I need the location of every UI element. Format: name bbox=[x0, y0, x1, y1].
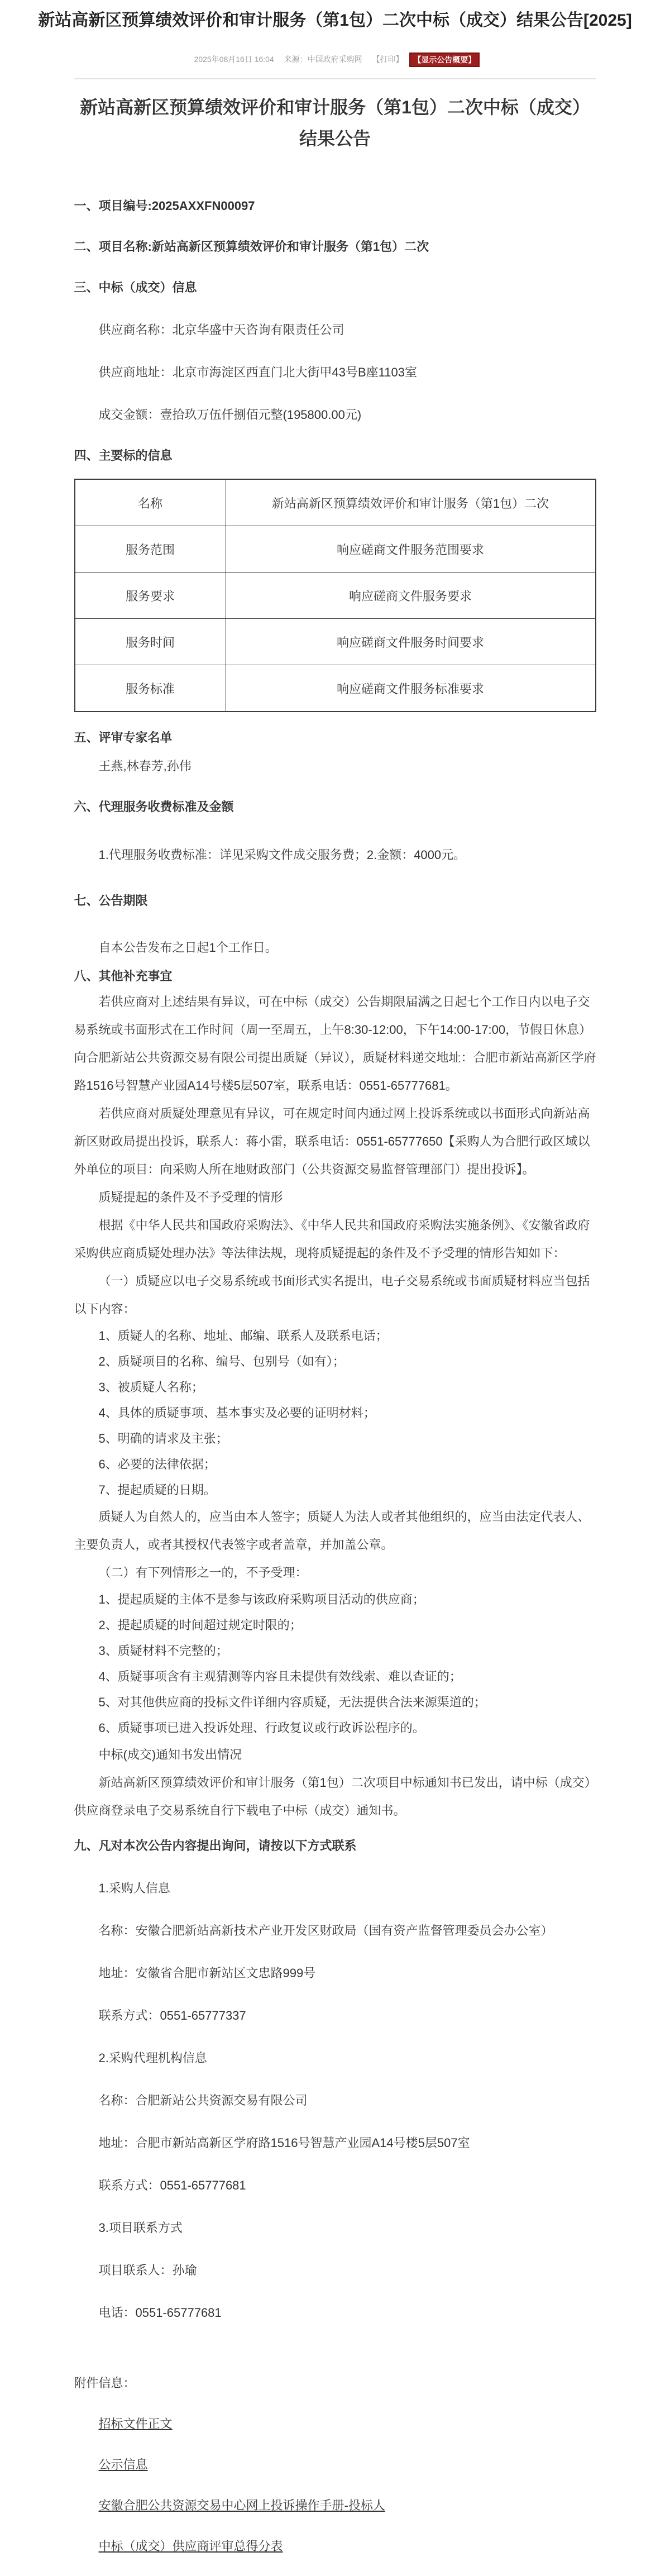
purchaser-address-line: 地址：安徽省合肥市新站区文忠路999号 bbox=[74, 1966, 596, 1981]
publish-datetime: 2025年08月16日 16:04 bbox=[194, 55, 274, 64]
contact-group-heading-agency: 2.采购代理机构信息 bbox=[74, 2051, 596, 2065]
table-row: 服务要求 响应磋商文件服务要求 bbox=[75, 573, 596, 619]
list-item: 3、被质疑人名称； bbox=[74, 1375, 596, 1400]
table-cell-value: 响应磋商文件服务标准要求 bbox=[226, 665, 595, 712]
table-cell-value: 响应磋商文件服务时间要求 bbox=[226, 619, 595, 665]
purchaser-phone-line: 联系方式：0551-65777337 bbox=[74, 2009, 596, 2023]
contact-group-heading-project: 3.项目联系方式 bbox=[74, 2221, 596, 2235]
bottom-padding bbox=[74, 2554, 596, 2576]
other-matters-body: 若供应商对上述结果有异议，可在中标（成交）公告期限届满之日起七个工作日内以电子交… bbox=[74, 988, 596, 1825]
table-cell-value: 响应磋商文件服务范围要求 bbox=[226, 526, 595, 573]
list-item: 2、质疑项目的名称、编号、包别号（如有）； bbox=[74, 1349, 596, 1375]
article-container: 新站高新区预算绩效评价和审计服务（第1包）二次中标（成交）结果公告 一、项目编号… bbox=[74, 78, 596, 2576]
list-item: 1、质疑人的名称、地址、邮编、联系人及联系电话； bbox=[74, 1323, 596, 1349]
paragraph: 质疑提起的条件及不予受理的情形 bbox=[74, 1184, 596, 1211]
meta-line: 2025年08月16日 16:04 来源：中国政府采购网 【打印】 【显示公告概… bbox=[0, 53, 670, 67]
paragraph: （一）质疑应以电子交易系统或书面形式实名提出，电子交易系统或书面质疑材料应当包括… bbox=[74, 1267, 596, 1323]
section-heading-contact: 九、凡对本次公告内容提出询问，请按以下方式联系 bbox=[74, 1839, 596, 1853]
list-item: 5、明确的请求及主张； bbox=[74, 1426, 596, 1452]
article-title: 新站高新区预算绩效评价和审计服务（第1包）二次中标（成交）结果公告 bbox=[74, 92, 596, 154]
table-row: 服务范围 响应磋商文件服务范围要求 bbox=[75, 526, 596, 573]
project-contact-phone-line: 电话：0551-65777681 bbox=[74, 2306, 596, 2320]
contact-group-heading-purchaser: 1.采购人信息 bbox=[74, 1881, 596, 1896]
list-item: 1、提起质疑的主体不是参与该政府采购项目活动的供应商； bbox=[74, 1587, 596, 1613]
table-row: 名称 新站高新区预算绩效评价和审计服务（第1包）二次 bbox=[75, 479, 596, 526]
paragraph: 新站高新区预算绩效评价和审计服务（第1包）二次项目中标通知书已发出，请中标（成交… bbox=[74, 1769, 596, 1825]
section-heading-expert-list: 五、评审专家名单 bbox=[74, 731, 596, 745]
agency-address-line: 地址：合肥市新站高新区学府路1516号智慧产业园A14号楼5层507室 bbox=[74, 2136, 596, 2150]
section-heading-project-number: 一、项目编号:2025AXXFN00097 bbox=[74, 199, 596, 213]
attachments-label: 附件信息： bbox=[74, 2376, 596, 2391]
show-summary-button[interactable]: 【显示公告概要】 bbox=[409, 53, 480, 67]
attachment-link-score-table[interactable]: 中标（成交）供应商评审总得分表 bbox=[99, 2539, 283, 2554]
announcement-period-line: 自本公告发布之日起1个工作日。 bbox=[74, 941, 596, 955]
table-cell-value: 响应磋商文件服务要求 bbox=[226, 573, 595, 619]
paragraph: 若供应商对质疑处理意见有异议，可在规定时间内通过网上投诉系统或以书面形式向新站高… bbox=[74, 1100, 596, 1184]
supplier-address-line: 供应商地址：北京市海淀区西直门北大街甲43号B座1103室 bbox=[74, 365, 596, 380]
table-cell-label: 服务标准 bbox=[75, 665, 226, 712]
section-heading-announcement-period: 七、公告期限 bbox=[74, 894, 596, 908]
section-heading-project-name: 二、项目名称:新站高新区预算绩效评价和审计服务（第1包）二次 bbox=[74, 240, 596, 254]
table-cell-value: 新站高新区预算绩效评价和审计服务（第1包）二次 bbox=[226, 479, 595, 526]
table-cell-label: 服务范围 bbox=[75, 526, 226, 573]
table-cell-label: 服务时间 bbox=[75, 619, 226, 665]
list-item: 3、质疑材料不完整的； bbox=[74, 1638, 596, 1664]
table-cell-label: 名称 bbox=[75, 479, 226, 526]
purchaser-name-line: 名称：安徽合肥新站高新技术产业开发区财政局（国有资产监督管理委员会办公室） bbox=[74, 1924, 596, 1938]
paragraph: 质疑人为自然人的，应当由本人签字；质疑人为法人或者其他组织的，应当由法定代表人、… bbox=[74, 1503, 596, 1559]
table-row: 服务标准 响应磋商文件服务标准要求 bbox=[75, 665, 596, 712]
paragraph: 若供应商对上述结果有异议，可在中标（成交）公告期限届满之日起七个工作日内以电子交… bbox=[74, 988, 596, 1100]
list-item: 7、提起质疑的日期。 bbox=[74, 1477, 596, 1503]
attachment-link-tender-document[interactable]: 招标文件正文 bbox=[99, 2417, 173, 2431]
attachment-link-complaint-manual[interactable]: 安徽合肥公共资源交易中心网上投诉操作手册-投标人 bbox=[99, 2498, 385, 2513]
header-divider bbox=[74, 78, 596, 79]
source-label: 来源：中国政府采购网 bbox=[284, 55, 362, 64]
announcement-page: 新站高新区预算绩效评价和审计服务（第1包）二次中标（成交）结果公告[2025] … bbox=[0, 0, 670, 2576]
agency-name-line: 名称：合肥新站公共资源交易有限公司 bbox=[74, 2093, 596, 2108]
list-item: 2、提起质疑的时间超过规定时限的； bbox=[74, 1613, 596, 1638]
section-heading-award-info: 三、中标（成交）信息 bbox=[74, 280, 596, 295]
list-item: 4、质疑事项含有主观猜测等内容且未提供有效线索、难以查证的； bbox=[74, 1664, 596, 1690]
expert-names-line: 王燕,林春芳,孙伟 bbox=[74, 759, 596, 774]
list-item: 4、具体的质疑事项、基本事实及必要的证明材料； bbox=[74, 1400, 596, 1426]
section-heading-agency-fee: 六、代理服务收费标准及金额 bbox=[74, 800, 596, 814]
list-item: 6、必要的法律依据； bbox=[74, 1452, 596, 1477]
paragraph: 根据《中华人民共和国政府采购法》、《中华人民共和国政府采购法实施条例》、《安徽省… bbox=[74, 1211, 596, 1267]
list-item: 6、质疑事项已进入投诉处理、行政复议或行政诉讼程序的。 bbox=[74, 1715, 596, 1741]
table-row: 服务时间 响应磋商文件服务时间要求 bbox=[75, 619, 596, 665]
print-button[interactable]: 【打印】 bbox=[372, 55, 404, 64]
table-cell-label: 服务要求 bbox=[75, 573, 226, 619]
section-heading-main-subject: 四、主要标的信息 bbox=[74, 449, 596, 463]
award-amount-line: 成交金额：壹拾玖万伍仟捌佰元整(195800.00元) bbox=[74, 408, 596, 422]
page-title: 新站高新区预算绩效评价和审计服务（第1包）二次中标（成交）结果公告[2025] bbox=[8, 0, 662, 32]
paragraph: （二）有下列情形之一的，不予受理： bbox=[74, 1559, 596, 1587]
project-contact-person-line: 项目联系人：孙瑜 bbox=[74, 2263, 596, 2278]
section-heading-other-matters: 八、其他补充事宜 bbox=[74, 969, 596, 984]
agency-phone-line: 联系方式：0551-65777681 bbox=[74, 2178, 596, 2193]
main-subject-table: 名称 新站高新区预算绩效评价和审计服务（第1包）二次 服务范围 响应磋商文件服务… bbox=[74, 479, 596, 712]
paragraph: 中标(成交)通知书发出情况 bbox=[74, 1741, 596, 1769]
attachment-link-publicity-info[interactable]: 公示信息 bbox=[99, 2458, 148, 2472]
agency-fee-line: 1.代理服务收费标准：详见采购文件成交服务费；2.金额：4000元。 bbox=[74, 848, 596, 862]
list-item: 5、对其他供应商的投标文件详细内容质疑，无法提供合法来源渠道的； bbox=[74, 1690, 596, 1715]
supplier-name-line: 供应商名称：北京华盛中天咨询有限责任公司 bbox=[74, 323, 596, 337]
